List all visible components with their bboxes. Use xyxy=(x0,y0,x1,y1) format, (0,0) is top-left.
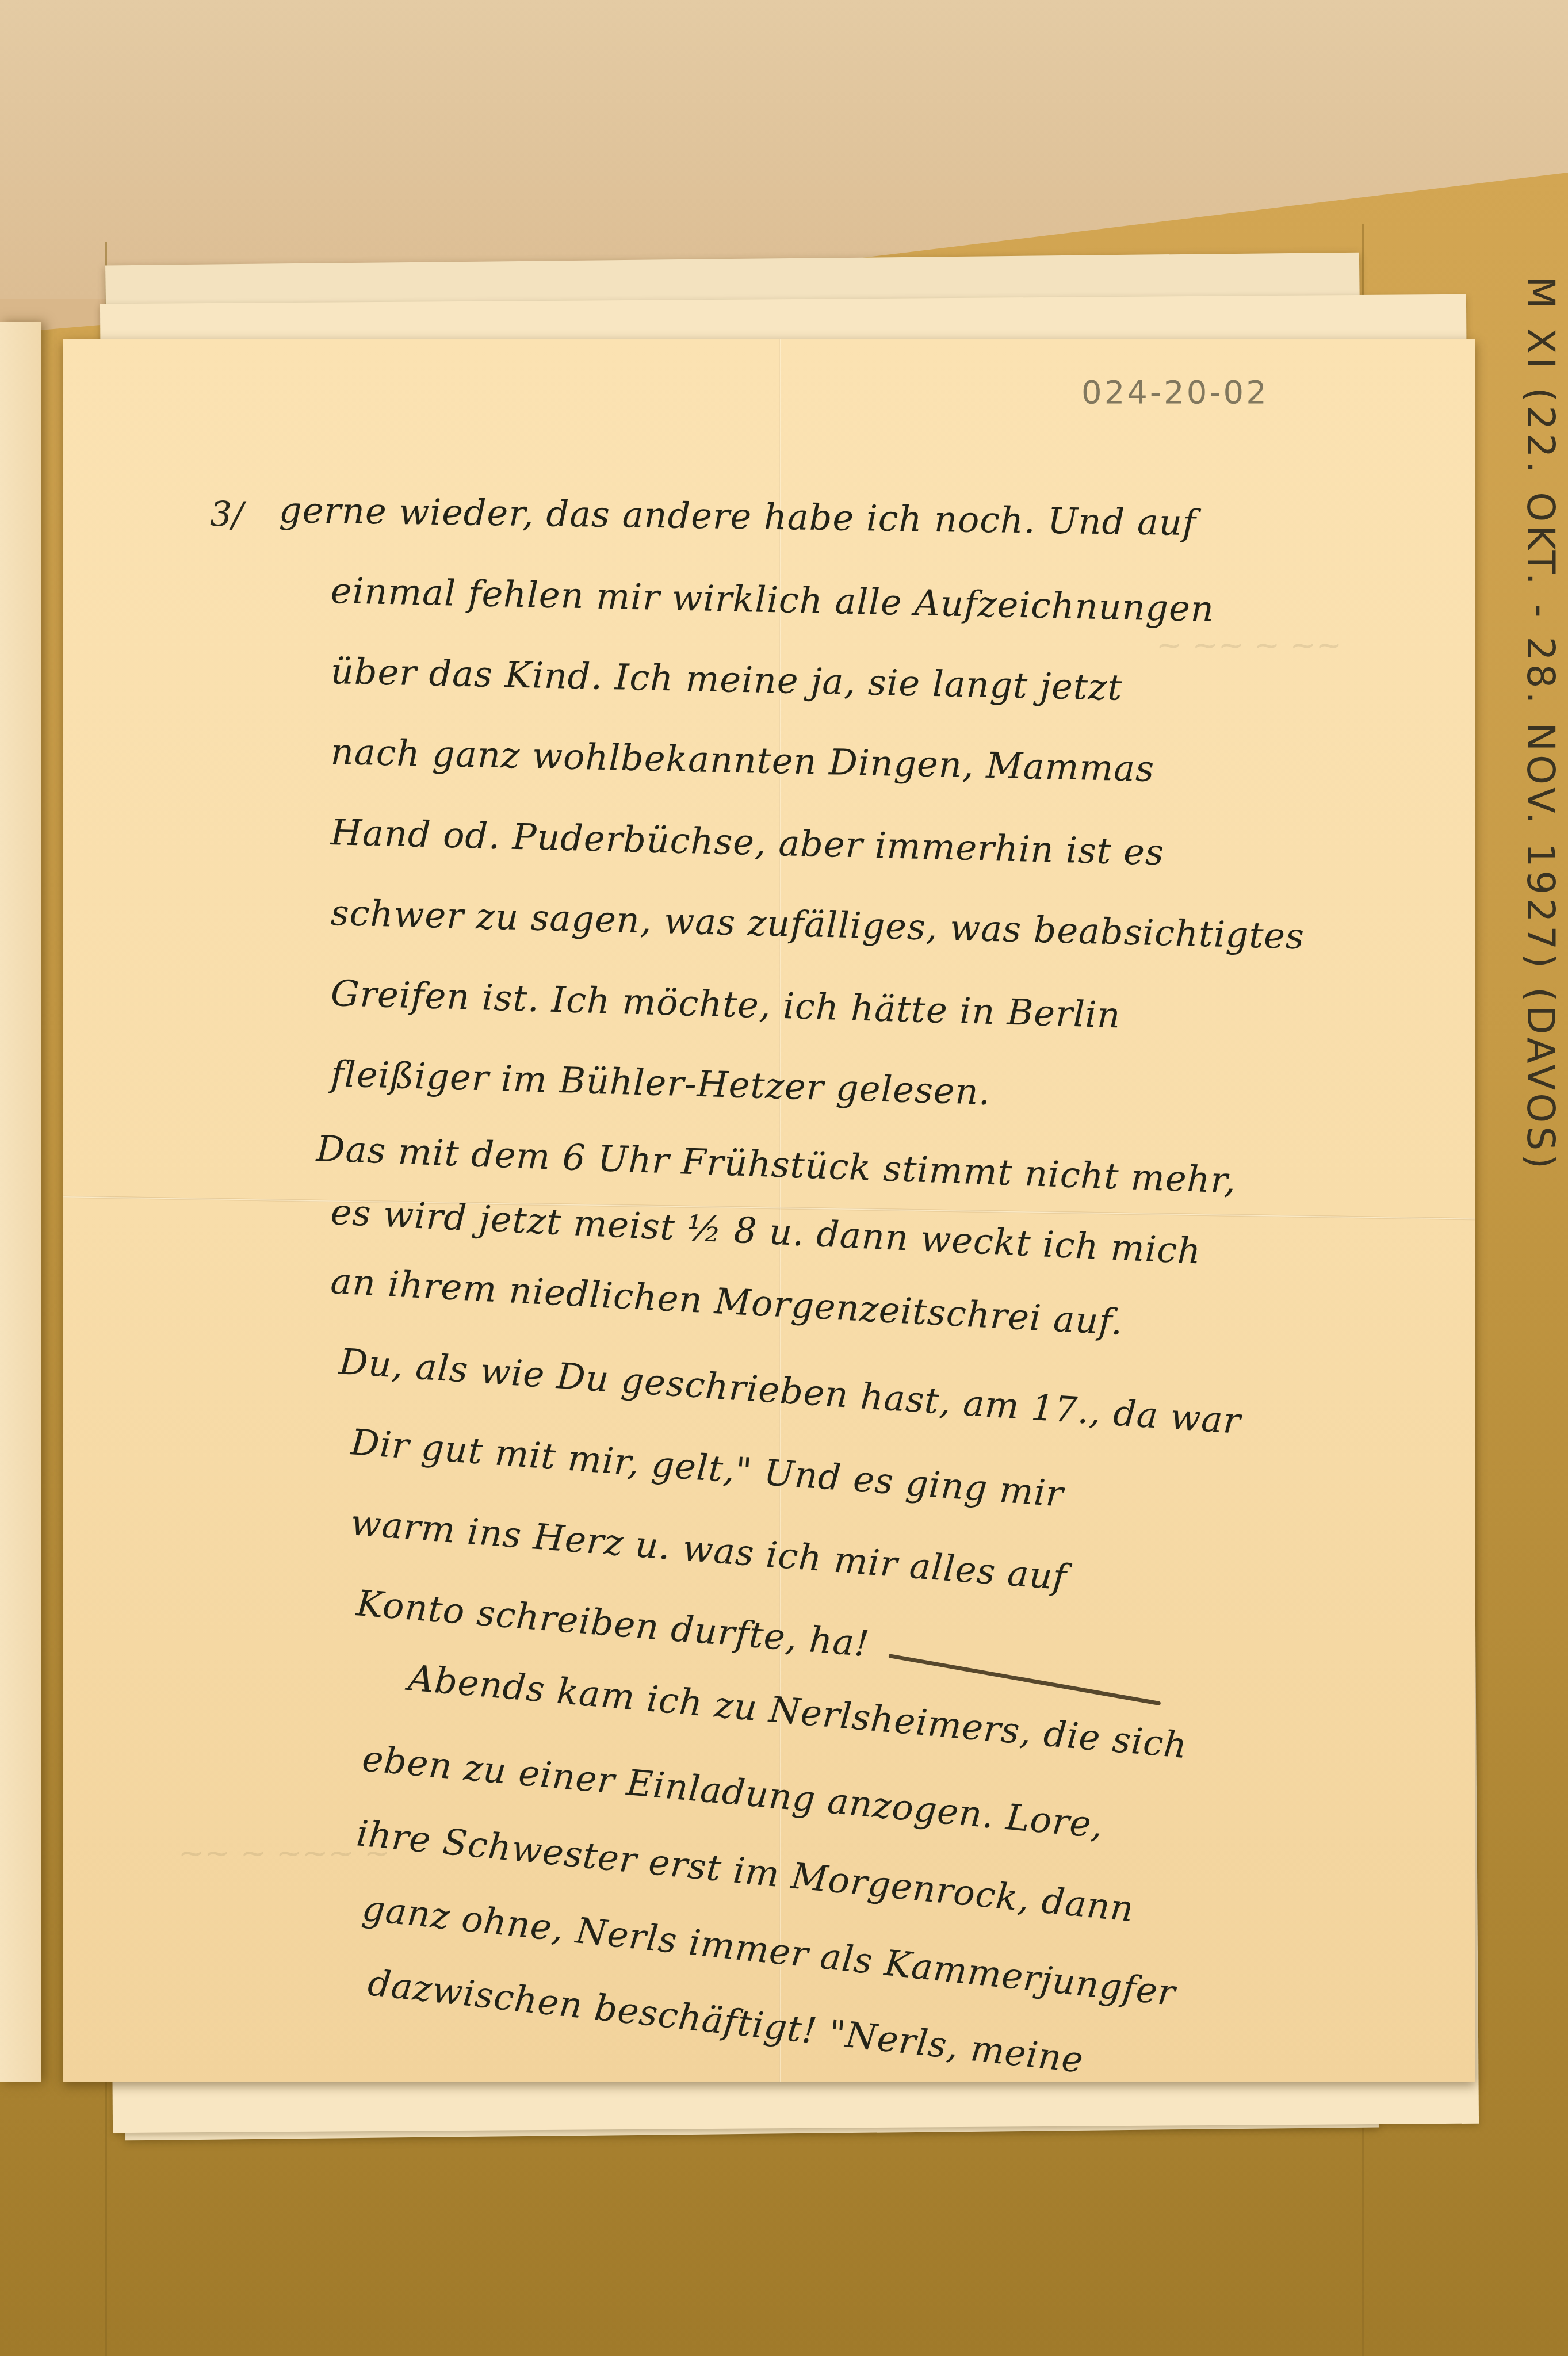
text-line: Hand od. Puderbüchse, aber immerhin ist … xyxy=(330,811,1165,873)
text-line: Konto schreiben durfte, ha! xyxy=(355,1582,871,1665)
handwritten-text: gerne wieder, das andere habe ich noch. … xyxy=(63,339,1475,2082)
text-line: an ihrem niedlichen Morgenzeitschrei auf… xyxy=(330,1260,1124,1343)
text-line: Das mit dem 6 Uhr Frühstück stimmt nicht… xyxy=(316,1127,1237,1202)
text-line: gerne wieder, das andere habe ich noch. … xyxy=(278,489,1196,544)
text-line: nach ganz wohlbekannten Dingen, Mammas xyxy=(330,730,1155,790)
letter-page: ~ ~~ ~ ~~ ~~ ~ ~~~ ~ 024-20-02 3/ gerne … xyxy=(63,339,1475,2082)
adjacent-sheet xyxy=(0,322,41,2082)
text-line: fleißiger im Bühler-Hetzer gelesen. xyxy=(330,1053,991,1113)
text-line: Dir gut mit mir, gelt," Und es ging mir xyxy=(349,1421,1065,1515)
folder-label: M XI (22. OKT. - 28. NOV. 1927) (DAVOS) xyxy=(1519,276,1563,1172)
text-line: warm ins Herz u. was ich mir alles auf xyxy=(349,1501,1068,1598)
text-line: es wird jetzt meist ½ 8 u. dann weckt ic… xyxy=(330,1191,1202,1272)
text-line: einmal fehlen mir wirklich alle Aufzeich… xyxy=(330,569,1214,630)
text-line: schwer zu sagen, was zufälliges, was bea… xyxy=(330,892,1305,957)
text-line: Du, als wie Du geschrieben hast, am 17.,… xyxy=(338,1340,1242,1442)
text-line: Greifen ist. Ich möchte, ich hätte in Be… xyxy=(330,972,1121,1036)
text-line: Abends kam ich zu Nerlsheimers, die sich xyxy=(407,1657,1189,1766)
text-line: über das Kind. Ich meine ja, sie langt j… xyxy=(330,650,1123,709)
